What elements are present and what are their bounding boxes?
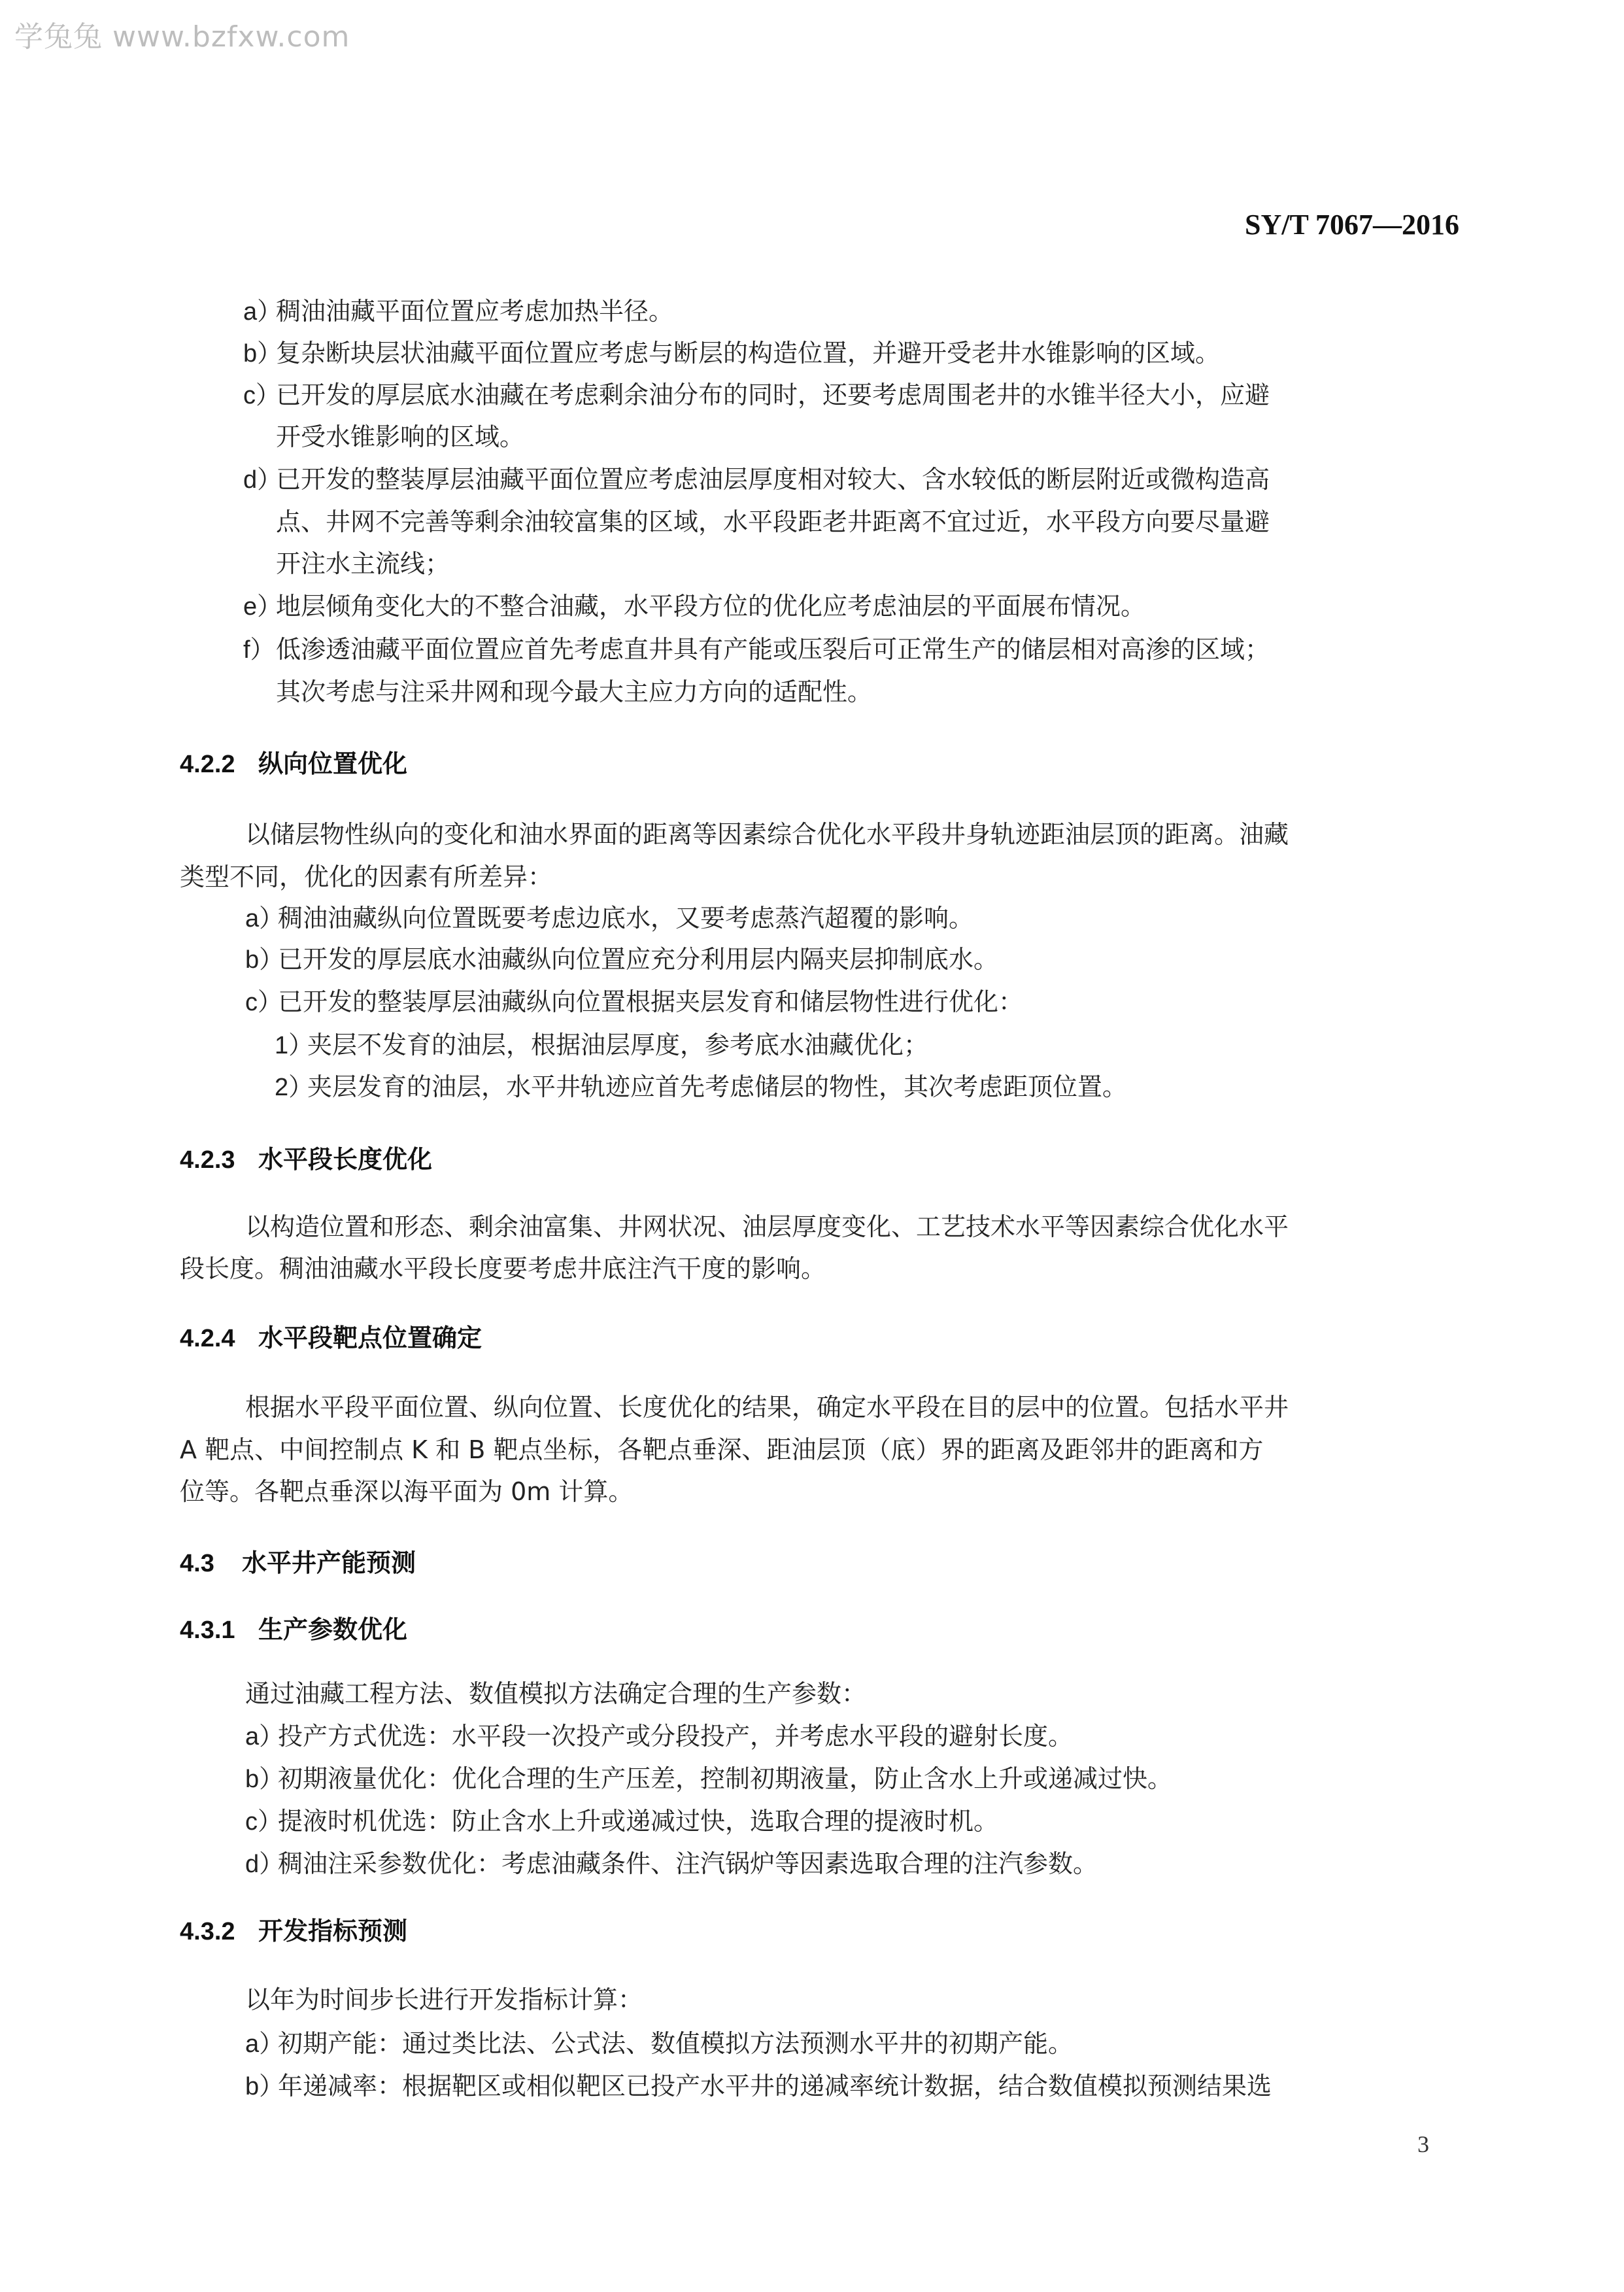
list-item-text: 稠油注采参数优化：考虑油藏条件、注汽锅炉等因素选取合理的注汽参数。 — [278, 1849, 1098, 1878]
list-item-a: a）初期产能：通过类比法、公式法、数值模拟方法预测水平井的初期产能。 — [245, 2027, 1073, 2061]
list-marker: 2） — [275, 1071, 307, 1104]
section-heading-4-2-2: 4.2.2纵向位置优化 — [180, 747, 407, 781]
list-item-b: b）初期液量优化：优化合理的生产压差，控制初期液量，防止含水上升或递减过快。 — [245, 1762, 1172, 1796]
list-item-b: b）年递减率：根据靶区或相似靶区已投产水平井的递减率统计数据，结合数值模拟预测结… — [245, 2070, 1272, 2103]
list-marker: d） — [245, 1848, 278, 1881]
paragraph-line: 类型不同，优化的因素有所差异： — [180, 861, 552, 893]
list-marker: a） — [243, 296, 276, 328]
section-heading-4-3-1: 4.3.1生产参数优化 — [180, 1613, 407, 1647]
paragraph-line: A 靶点、中间控制点 K 和 B 靶点坐标，各靶点垂深、距油层顶（底）界的距离及… — [180, 1433, 1263, 1466]
section-title: 水平段靶点位置确定 — [258, 1324, 482, 1352]
list-item-b: b）复杂断块层状油藏平面位置应考虑与断层的构造位置，并避开受老井水锥影响的区域。 — [243, 337, 1220, 370]
list-item-text: 投产方式优选：水平段一次投产或分段投产，并考虑水平段的避射长度。 — [278, 1722, 1073, 1751]
section-title: 生产参数优化 — [258, 1615, 407, 1644]
list-marker: e） — [243, 590, 276, 623]
list-item-d: d）稠油注采参数优化：考虑油藏条件、注汽锅炉等因素选取合理的注汽参数。 — [245, 1847, 1098, 1881]
section-number: 4.2.3 — [180, 1144, 258, 1176]
section-heading-4-2-4: 4.2.4水平段靶点位置确定 — [180, 1322, 482, 1355]
list-item-c-continuation: 开受水锥影响的区域。 — [276, 420, 524, 453]
list-marker: c） — [243, 379, 276, 412]
list-marker: c） — [245, 1805, 278, 1838]
section-number: 4.3.1 — [180, 1614, 258, 1647]
sub-list-item-2: 2）夹层发育的油层，水平井轨迹应首先考虑储层的物性，其次考虑距顶位置。 — [275, 1070, 1127, 1104]
list-item-text: 低渗透油藏平面位置应首先考虑直井具有产能或压裂后可正常生产的储层相对高渗的区域； — [276, 635, 1270, 664]
list-item-text: 已开发的整装厚层油藏纵向位置根据夹层发育和储层物性进行优化： — [278, 987, 1023, 1016]
list-marker: b） — [245, 2070, 278, 2103]
paragraph-line: 根据水平段平面位置、纵向位置、长度优化的结果，确定水平段在目的层中的位置。包括水… — [245, 1391, 1289, 1424]
list-item-text: 初期液量优化：优化合理的生产压差，控制初期液量，防止含水上升或递减过快。 — [278, 1764, 1172, 1793]
standard-code-header: SY/T 7067—2016 — [1245, 208, 1459, 241]
section-title: 开发指标预测 — [258, 1917, 407, 1945]
section-heading-4-3: 4.3水平井产能预测 — [180, 1547, 416, 1580]
list-item-c: c）已开发的整装厚层油藏纵向位置根据夹层发育和储层物性进行优化： — [245, 985, 1023, 1019]
paragraph-line: 段长度。稠油油藏水平段长度要考虑井底注汽干度的影响。 — [180, 1252, 826, 1285]
list-item-d: d）已开发的整装厚层油藏平面位置应考虑油层厚度相对较大、含水较低的断层附近或微构… — [243, 463, 1270, 496]
section-number: 4.3 — [180, 1547, 242, 1580]
list-item-text: 已开发的厚层底水油藏在考虑剩余油分布的同时，还要考虑周围老井的水锥半径大小，应避 — [276, 381, 1270, 409]
section-title: 纵向位置优化 — [258, 749, 407, 778]
paragraph-line: 以构造位置和形态、剩余油富集、井网状况、油层厚度变化、工艺技术水平等因素综合优化… — [245, 1210, 1289, 1243]
list-item-a: a）稠油油藏平面位置应考虑加热半径。 — [243, 295, 673, 328]
list-item-f: f）低渗透油藏平面位置应首先考虑直井具有产能或压裂后可正常生产的储层相对高渗的区… — [243, 633, 1270, 666]
list-item-d-continuation: 开注水主流线； — [276, 547, 450, 580]
sub-list-item-1: 1）夹层不发育的油层，根据油层厚度，参考底水油藏优化； — [275, 1029, 928, 1062]
list-item-c: c）已开发的厚层底水油藏在考虑剩余油分布的同时，还要考虑周围老井的水锥半径大小，… — [243, 379, 1270, 412]
list-item-text: 复杂断块层状油藏平面位置应考虑与断层的构造位置，并避开受老井水锥影响的区域。 — [276, 339, 1220, 368]
list-item-text: 年递减率：根据靶区或相似靶区已投产水平井的递减率统计数据，结合数值模拟预测结果选 — [278, 2072, 1272, 2100]
list-item-text: 稠油油藏纵向位置既要考虑边底水，又要考虑蒸汽超覆的影响。 — [278, 904, 973, 932]
list-item-text: 夹层不发育的油层，根据油层厚度，参考底水油藏优化； — [307, 1031, 928, 1059]
section-heading-4-3-2: 4.3.2开发指标预测 — [180, 1915, 407, 1948]
list-item-e: e）地层倾角变化大的不整合油藏，水平段方位的优化应考虑油层的平面展布情况。 — [243, 590, 1145, 623]
list-marker: d） — [243, 464, 276, 496]
page-number: 3 — [1417, 2130, 1429, 2158]
watermark-text: 学兔兔 www.bzfxw.com — [14, 13, 350, 55]
paragraph-line: 以储层物性纵向的变化和油水界面的距离等因素综合优化水平段井身轨迹距油层顶的距离。… — [245, 818, 1289, 851]
section-heading-4-2-3: 4.2.3水平段长度优化 — [180, 1143, 432, 1176]
list-marker: b） — [243, 337, 276, 370]
list-marker: a） — [245, 2028, 278, 2061]
list-item-d-continuation: 点、井网不完善等剩余油较富集的区域，水平段距老井距离不宜过近，水平段方向要尽量避 — [276, 505, 1270, 538]
list-marker: b） — [245, 944, 278, 976]
list-marker: 1） — [275, 1029, 307, 1062]
list-item-text: 初期产能：通过类比法、公式法、数值模拟方法预测水平井的初期产能。 — [278, 2029, 1073, 2058]
list-item-text: 已开发的整装厚层油藏平面位置应考虑油层厚度相对较大、含水较低的断层附近或微构造高 — [276, 465, 1270, 494]
list-item-text: 提液时机优选：防止含水上升或递减过快，选取合理的提液时机。 — [278, 1807, 998, 1836]
list-marker: c） — [245, 986, 278, 1019]
paragraph-line: 位等。各靶点垂深以海平面为 0m 计算。 — [180, 1475, 633, 1508]
paragraph-line: 通过油藏工程方法、数值模拟方法确定合理的生产参数： — [245, 1677, 866, 1710]
list-item-f-continuation: 其次考虑与注采井网和现今最大主应力方向的适配性。 — [276, 676, 872, 708]
section-number: 4.2.4 — [180, 1322, 258, 1355]
list-marker: b） — [245, 1763, 278, 1796]
list-item-b: b）已开发的厚层底水油藏纵向位置应充分利用层内隔夹层抑制底水。 — [245, 943, 998, 976]
list-item-a: a）投产方式优选：水平段一次投产或分段投产，并考虑水平段的避射长度。 — [245, 1720, 1073, 1753]
list-marker: a） — [245, 902, 278, 935]
section-title: 水平井产能预测 — [242, 1548, 416, 1577]
list-item-text: 稠油油藏平面位置应考虑加热半径。 — [276, 297, 673, 326]
section-number: 4.3.2 — [180, 1915, 258, 1948]
list-item-text: 夹层发育的油层，水平井轨迹应首先考虑储层的物性，其次考虑距顶位置。 — [307, 1072, 1127, 1101]
section-title: 水平段长度优化 — [258, 1145, 432, 1174]
list-marker: f） — [243, 634, 276, 666]
paragraph-line: 以年为时间步长进行开发指标计算： — [245, 1983, 643, 2016]
list-item-text: 地层倾角变化大的不整合油藏，水平段方位的优化应考虑油层的平面展布情况。 — [276, 592, 1145, 621]
section-number: 4.2.2 — [180, 748, 258, 781]
list-item-c: c）提液时机优选：防止含水上升或递减过快，选取合理的提液时机。 — [245, 1805, 998, 1838]
list-item-text: 已开发的厚层底水油藏纵向位置应充分利用层内隔夹层抑制底水。 — [278, 945, 998, 974]
list-marker: a） — [245, 1720, 278, 1753]
list-item-a: a）稠油油藏纵向位置既要考虑边底水，又要考虑蒸汽超覆的影响。 — [245, 902, 973, 935]
